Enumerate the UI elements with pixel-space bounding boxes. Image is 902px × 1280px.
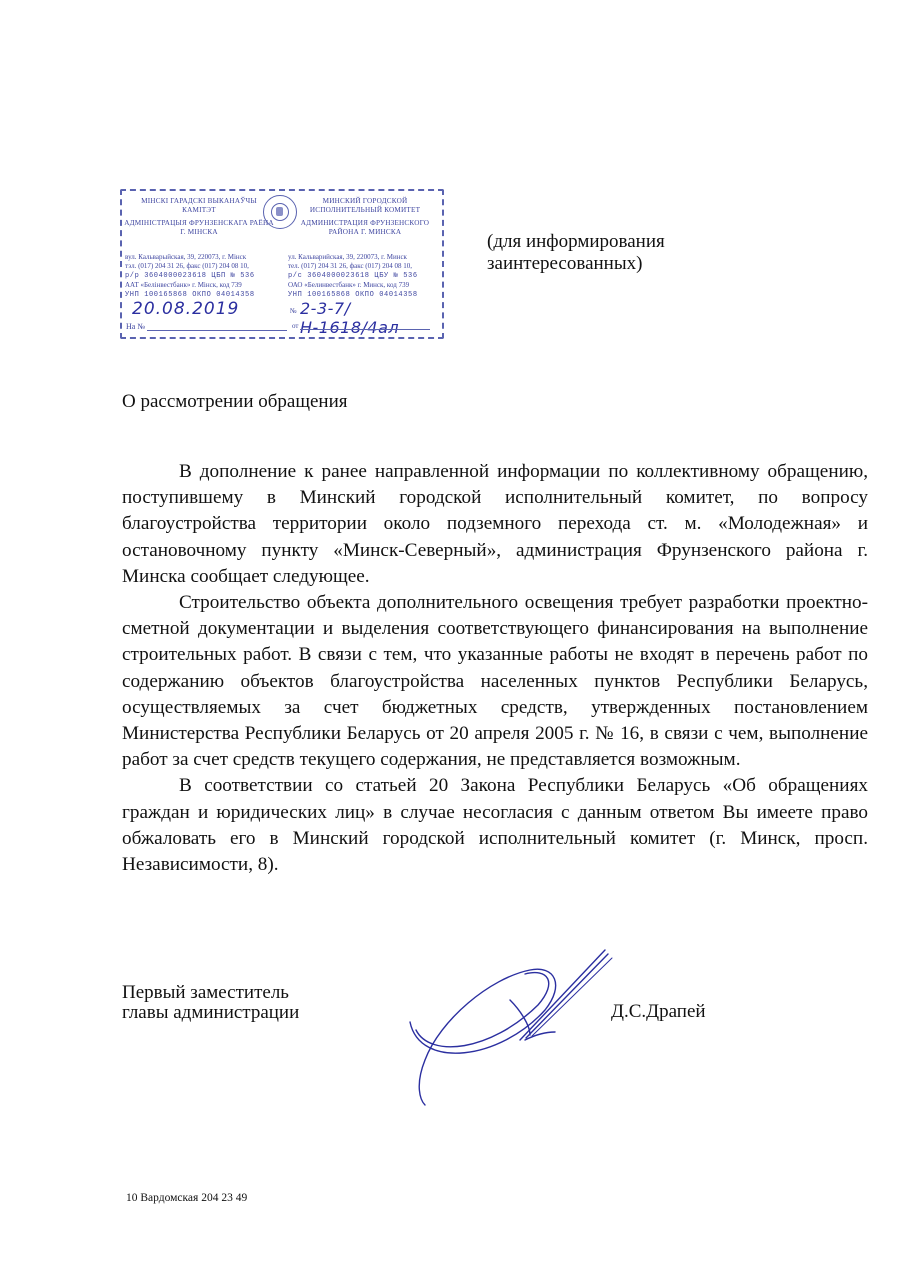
paragraph: В дополнение к ранее направленной информ… bbox=[122, 459, 868, 590]
signatory-name: Д.С.Драпей bbox=[611, 1001, 706, 1023]
stamp-right-bank: ОАО «Белинвестбанк» г. Минск, код 739 bbox=[288, 281, 418, 290]
stamp-number-label: № bbox=[290, 307, 297, 315]
stamp-right-org: МИНСКИЙ ГОРОДСКОЙ ИСПОЛНИТЕЛЬНЫЙ КОМИТЕТ bbox=[290, 197, 440, 215]
paragraph: Строительство объекта дополнительного ос… bbox=[122, 590, 868, 773]
signatory-title: Первый заместитель главы администрации bbox=[122, 983, 299, 1023]
stamp-left-org: МІНСКІ ГАРАДСКІ ВЫКАНАЎЧЫ КАМІТЭТ bbox=[124, 197, 274, 215]
stamp-left-admin: АДМІНІСТРАЦЫЯ ФРУНЗЕНСКАГА РАЁНА Г. МІНС… bbox=[124, 219, 274, 237]
stamp-right-phone: тел. (017) 204 31 26, факс (017) 204 08 … bbox=[288, 262, 418, 271]
stamp-left-phone: тэл. (017) 204 31 26, факс (017) 204 08 … bbox=[125, 262, 255, 271]
stamp-left-header: МІНСКІ ГАРАДСКІ ВЫКАНАЎЧЫ КАМІТЭТ АДМІНІ… bbox=[124, 197, 274, 237]
stamp-na-label: На № bbox=[126, 322, 145, 331]
stamp-left-address: вул. Кальварыйская, 39, 220073, г. Мінск bbox=[125, 253, 255, 262]
handwritten-signature-icon bbox=[380, 940, 640, 1110]
signatory-title-line-1: Первый заместитель bbox=[122, 983, 299, 1003]
addressee: (для информирования заинтересованных) bbox=[487, 231, 665, 275]
signatory-title-line-2: главы администрации bbox=[122, 1003, 299, 1023]
letter-body: В дополнение к ранее направленной информ… bbox=[122, 459, 868, 878]
addressee-line-1: (для информирования bbox=[487, 231, 665, 253]
stamp-ot-field: от bbox=[292, 322, 430, 330]
stamp-right-header: МИНСКИЙ ГОРОДСКОЙ ИСПОЛНИТЕЛЬНЫЙ КОМИТЕТ… bbox=[290, 197, 440, 237]
stamp-date: 20.08.2019 bbox=[132, 299, 239, 319]
stamp-left-bank: ААТ «Белінвестбанк» г. Мінск, код 739 bbox=[125, 281, 255, 290]
letter-subject: О рассмотрении обращения bbox=[122, 391, 348, 413]
stamp-left-account: р/р 3604000023618 ЦБП № 536 bbox=[125, 272, 255, 281]
executor-footer: 10 Вардомская 204 23 49 bbox=[126, 1192, 247, 1204]
stamp-right-requisites: ул. Кальварийская, 39, 220073, г. Минск … bbox=[288, 253, 418, 300]
stamp-ot-label: от bbox=[292, 322, 298, 330]
addressee-line-2: заинтересованных) bbox=[487, 253, 665, 275]
paragraph: В соответствии со статьей 20 Закона Респ… bbox=[122, 773, 868, 878]
stamp-na-field: На № bbox=[126, 322, 287, 331]
stamp-reference-number: 2-3-7/Н-1618/4ал bbox=[300, 299, 442, 337]
stamp-right-admin: АДМИНИСТРАЦИЯ ФРУНЗЕНСКОГО РАЙОНА Г. МИН… bbox=[290, 219, 440, 237]
stamp-right-account: р/с 3604000023618 ЦБУ № 536 bbox=[288, 272, 418, 281]
stamp-right-address: ул. Кальварийская, 39, 220073, г. Минск bbox=[288, 253, 418, 262]
registration-stamp: МІНСКІ ГАРАДСКІ ВЫКАНАЎЧЫ КАМІТЭТ АДМІНІ… bbox=[120, 189, 444, 339]
stamp-left-requisites: вул. Кальварыйская, 39, 220073, г. Мінск… bbox=[125, 253, 255, 300]
